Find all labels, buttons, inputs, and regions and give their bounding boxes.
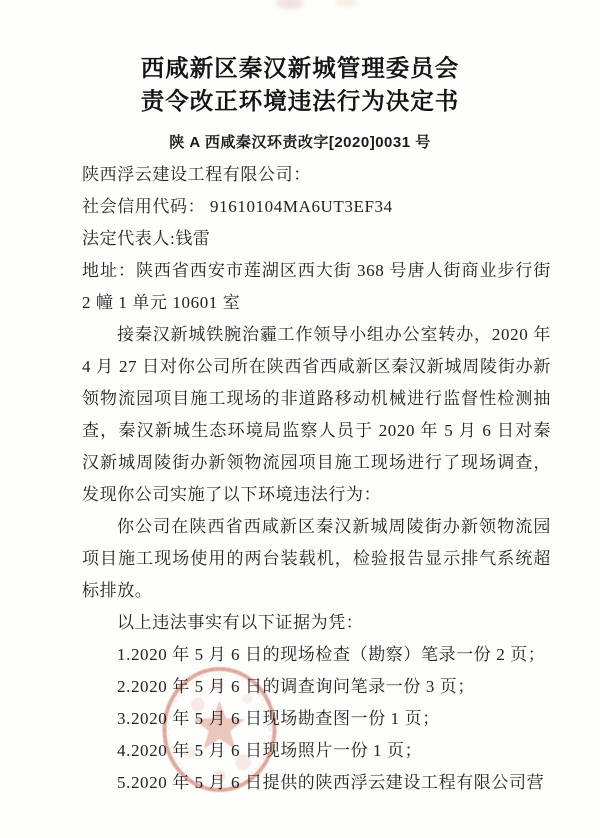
scan-smudge bbox=[336, 0, 358, 7]
document-title-line-1: 西咸新区秦汉新城管理委员会 bbox=[0, 52, 600, 85]
evidence-item-1: 1.2020 年 5 月 6 日的现场检查（勘察）笔录一份 2 页； bbox=[82, 639, 551, 671]
document-title-line-2: 责令改正环境违法行为决定书 bbox=[0, 85, 600, 118]
document-number: 陕 A 西咸秦汉环责改字[2020]0031 号 bbox=[0, 131, 600, 152]
evidence-item-2: 2.2020 年 5 月 6 日的调查询问笔录一份 3 页； bbox=[82, 671, 551, 703]
document-title: 西咸新区秦汉新城管理委员会 责令改正环境违法行为决定书 bbox=[0, 52, 600, 118]
scan-smudge bbox=[276, 0, 304, 9]
body-paragraph-violation: 你公司在陕西省西咸新区秦汉新城周陵街办新领物流园项目施工现场使用的两台装载机，检… bbox=[82, 511, 551, 607]
evidence-item-5: 5.2020 年 5 月 6 日提供的陕西浮云建设工程有限公司营 bbox=[82, 767, 551, 799]
document-body: 陕西浮云建设工程有限公司： 社会信用代码： 91610104MA6UT3EF34… bbox=[82, 159, 551, 799]
recipient-company-line: 陕西浮云建设工程有限公司： bbox=[82, 159, 551, 191]
body-paragraph-investigation: 接秦汉新城铁腕治霾工作领导小组办公室转办，2020 年 4 月 27 日对你公司… bbox=[82, 319, 551, 511]
scanned-document-page: 西咸新区秦汉新城管理委员会 责令改正环境违法行为决定书 陕 A 西咸秦汉环责改字… bbox=[0, 0, 600, 838]
evidence-intro-line: 以上违法事实有以下证据为凭： bbox=[82, 607, 551, 639]
address-line: 地址：陕西省西安市莲湖区西大街 368 号唐人街商业步行街 2 幢 1 单元 1… bbox=[82, 255, 551, 319]
evidence-item-4: 4.2020 年 5 月 6 日现场照片一份 1 页； bbox=[82, 735, 551, 767]
legal-representative-line: 法定代表人:钱雷 bbox=[82, 223, 551, 255]
evidence-item-3: 3.2020 年 5 月 6 日现场勘查图一份 1 页； bbox=[82, 703, 551, 735]
credit-code-line: 社会信用代码： 91610104MA6UT3EF34 bbox=[82, 191, 551, 223]
